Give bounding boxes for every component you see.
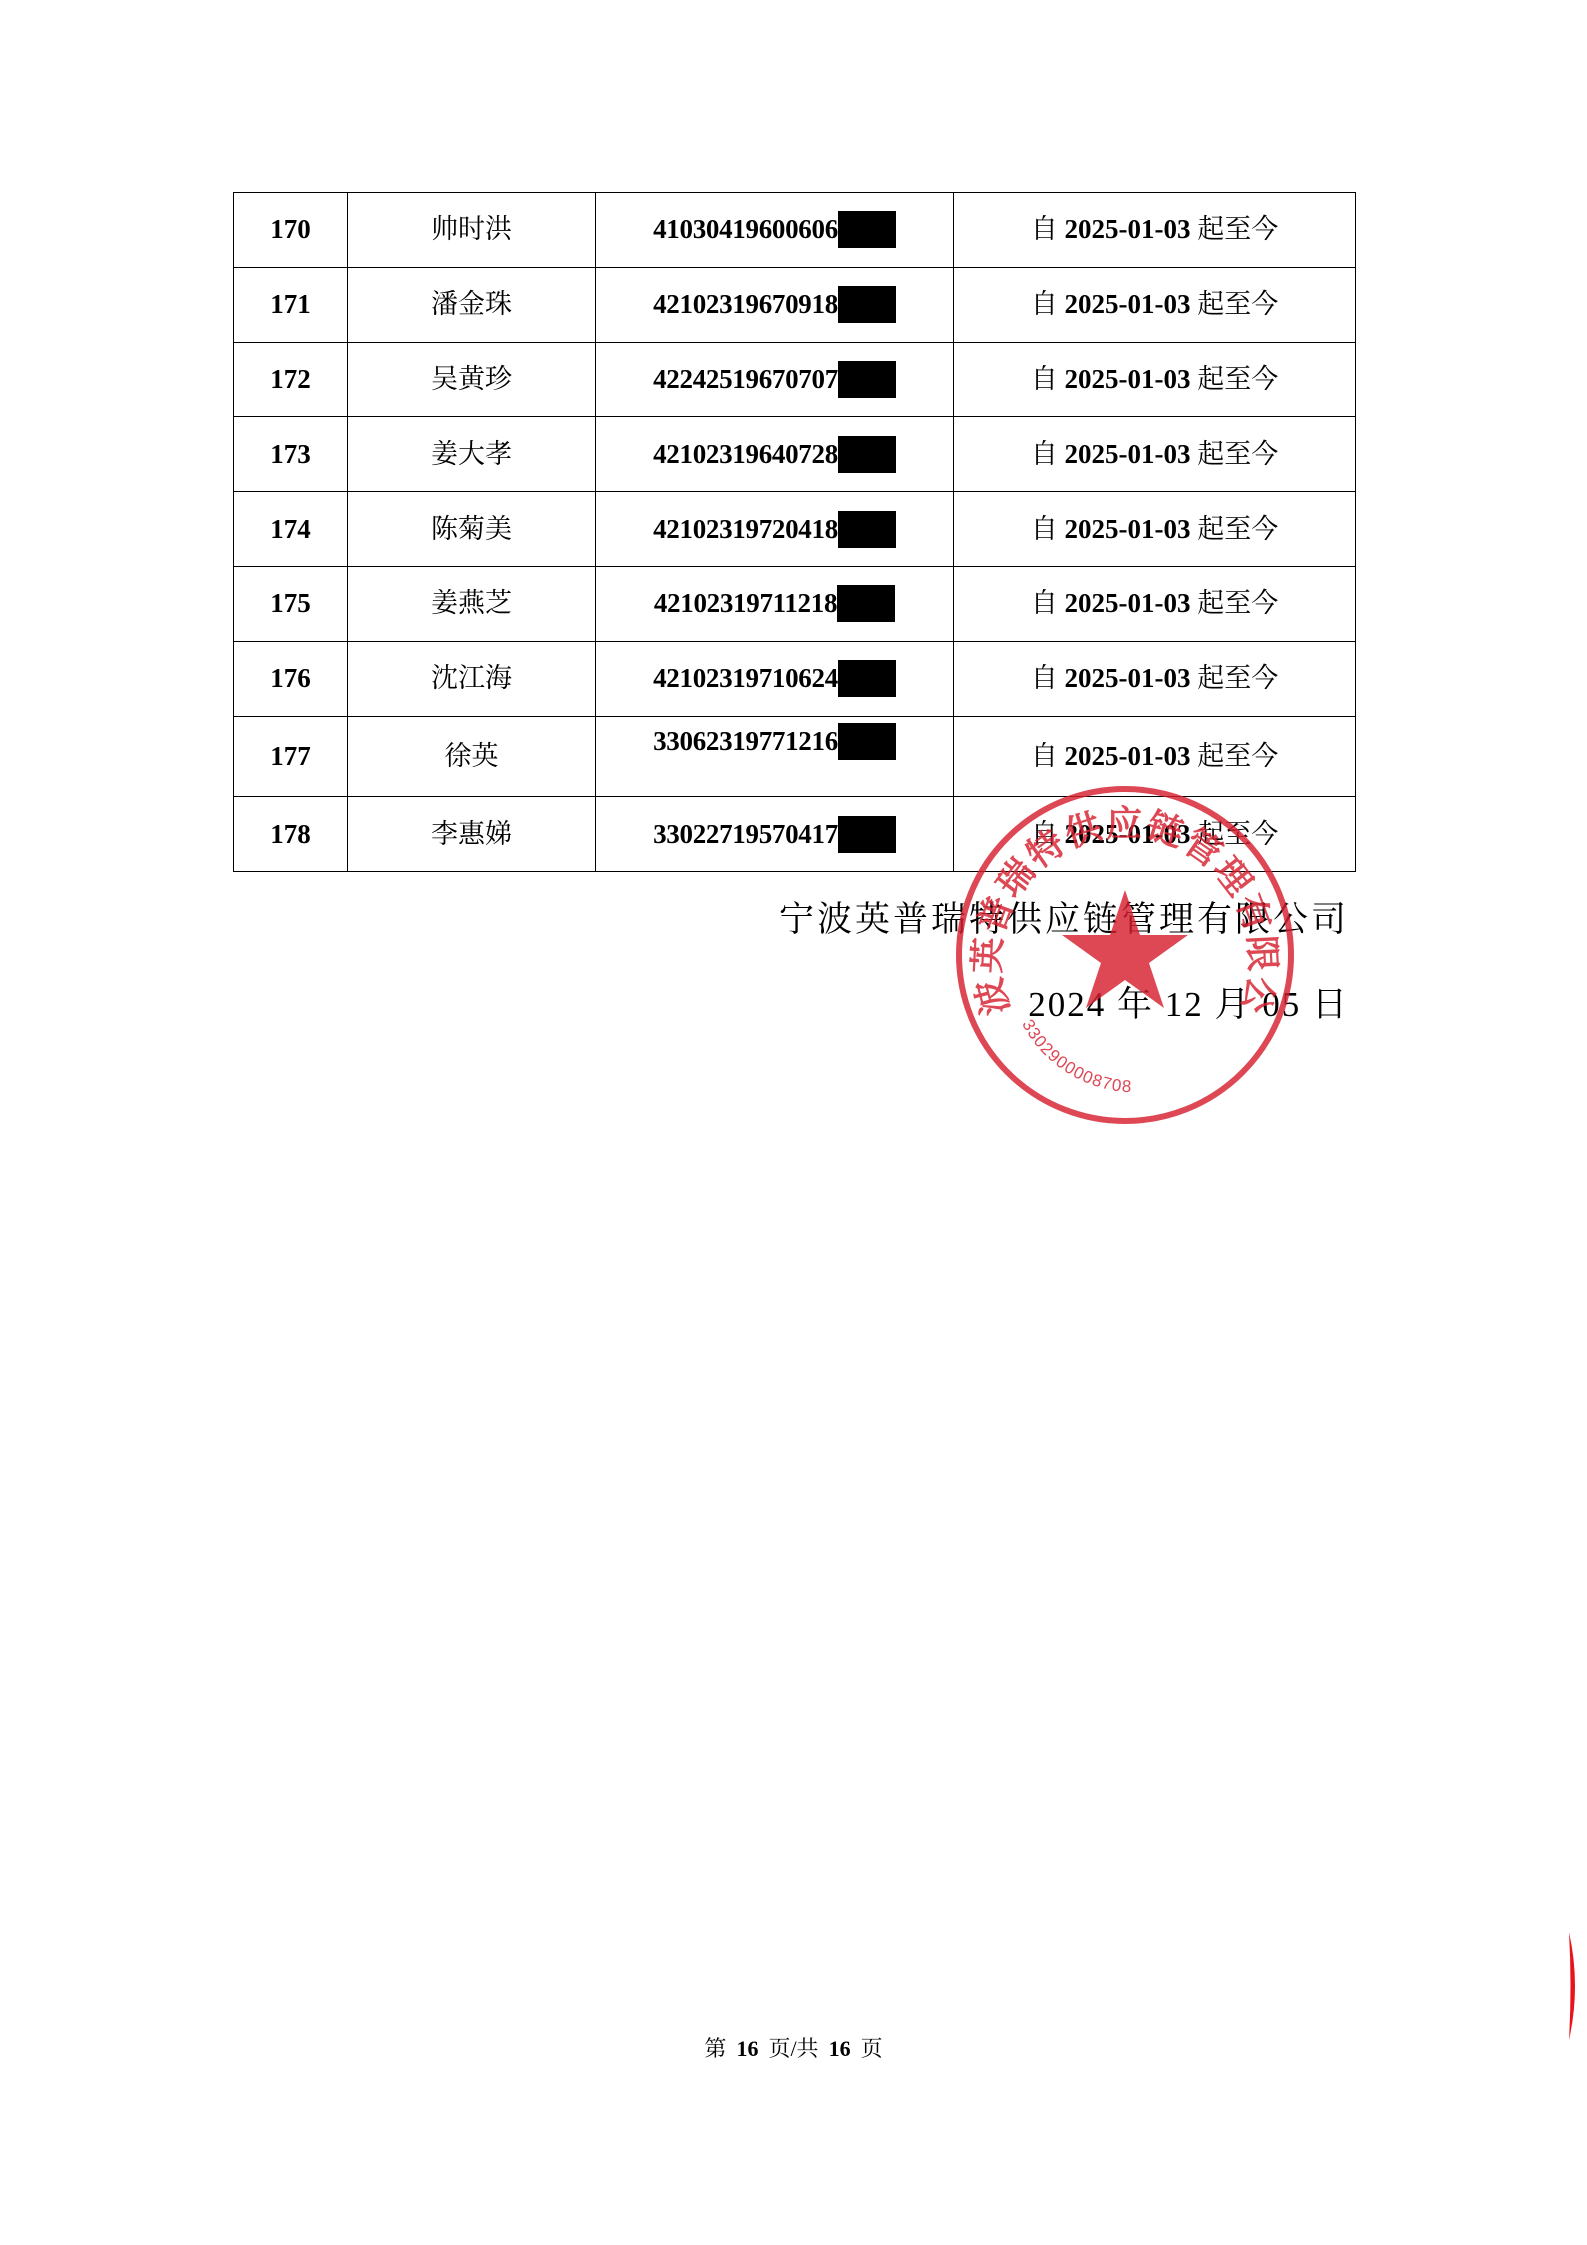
employee-name: 徐英	[348, 716, 596, 797]
page-footer: 第16页/共16页	[0, 2032, 1587, 2063]
id-number: 42102319720418	[653, 511, 896, 548]
period-suffix: 起至今	[1197, 514, 1278, 544]
redaction-box	[838, 211, 896, 248]
employee-name: 陈菊美	[348, 492, 596, 567]
redaction-box	[838, 723, 896, 760]
employee-name: 吴黄珍	[348, 342, 596, 417]
id-number-cell: 42102319640728	[596, 417, 954, 492]
signature-date: 2024 年 12 月 05 日	[1028, 977, 1349, 1027]
employment-period: 自 2025-01-03 起至今	[954, 566, 1356, 641]
id-number-visible: 42102319710624	[653, 665, 838, 692]
seal-edge-mark-icon	[1567, 1932, 1579, 2040]
period-prefix: 自	[1031, 741, 1058, 771]
id-number: 42242519670707	[653, 361, 896, 398]
employment-period: 自 2025-01-03 起至今	[954, 193, 1356, 268]
redaction-box	[838, 660, 896, 697]
row-number: 170	[234, 193, 348, 268]
row-number: 175	[234, 566, 348, 641]
row-number: 176	[234, 641, 348, 716]
table-row: 173姜大孝42102319640728自 2025-01-03 起至今	[234, 417, 1356, 492]
id-number-visible: 42242519670707	[653, 366, 838, 393]
table-row: 170帅时洪41030419600606自 2025-01-03 起至今	[234, 193, 1356, 268]
footer-middle: 页/共	[768, 2036, 818, 2061]
id-number-visible: 41030419600606	[653, 216, 838, 243]
table-row: 175姜燕芝42102319711218自 2025-01-03 起至今	[234, 566, 1356, 641]
id-number: 42102319670918	[653, 286, 896, 323]
period-suffix: 起至今	[1197, 663, 1278, 693]
footer-total-pages: 16	[829, 2036, 851, 2061]
id-number: 33062319771216	[653, 723, 896, 760]
footer-current-page: 16	[736, 2036, 758, 2061]
row-number: 171	[234, 267, 348, 342]
table-row: 177徐英33062319771216自 2025-01-03 起至今	[234, 716, 1356, 797]
redaction-box	[838, 816, 896, 853]
table-row: 174陈菊美42102319720418自 2025-01-03 起至今	[234, 492, 1356, 567]
id-number-cell: 42102319711218	[596, 566, 954, 641]
employment-period: 自 2025-01-03 起至今	[954, 267, 1356, 342]
period-date: 2025-01-03	[1065, 439, 1191, 469]
row-number: 174	[234, 492, 348, 567]
period-prefix: 自	[1031, 663, 1058, 693]
period-suffix: 起至今	[1197, 439, 1278, 469]
period-prefix: 自	[1031, 819, 1058, 849]
signature-company: 宁波英普瑞特供应链管理有限公司	[779, 892, 1349, 942]
id-number-visible: 33062319771216	[653, 728, 838, 755]
id-number-cell: 42102319720418	[596, 492, 954, 567]
period-prefix: 自	[1031, 289, 1058, 319]
employee-table: 170帅时洪41030419600606自 2025-01-03 起至今171潘…	[233, 192, 1356, 872]
period-prefix: 自	[1031, 214, 1058, 244]
employment-period: 自 2025-01-03 起至今	[954, 342, 1356, 417]
period-prefix: 自	[1031, 364, 1058, 394]
period-date: 2025-01-03	[1065, 588, 1191, 618]
redaction-box	[838, 286, 896, 323]
row-number: 173	[234, 417, 348, 492]
period-prefix: 自	[1031, 439, 1058, 469]
period-suffix: 起至今	[1197, 588, 1278, 618]
period-date: 2025-01-03	[1065, 214, 1191, 244]
employee-name: 帅时洪	[348, 193, 596, 268]
svg-text:3302900008708: 3302900008708	[1018, 1016, 1133, 1096]
period-prefix: 自	[1031, 514, 1058, 544]
employment-period: 自 2025-01-03 起至今	[954, 641, 1356, 716]
period-date: 2025-01-03	[1065, 819, 1191, 849]
period-date: 2025-01-03	[1065, 289, 1191, 319]
id-number: 33022719570417	[653, 816, 896, 853]
id-number-cell: 41030419600606	[596, 193, 954, 268]
id-number-cell: 42102319670918	[596, 267, 954, 342]
table-row: 172吴黄珍42242519670707自 2025-01-03 起至今	[234, 342, 1356, 417]
period-date: 2025-01-03	[1065, 663, 1191, 693]
employee-table-body: 170帅时洪41030419600606自 2025-01-03 起至今171潘…	[234, 193, 1356, 872]
id-number: 42102319640728	[653, 436, 896, 473]
id-number-cell: 42102319710624	[596, 641, 954, 716]
id-number-visible: 33022719570417	[653, 821, 838, 848]
row-number: 172	[234, 342, 348, 417]
id-number-visible: 42102319720418	[653, 516, 838, 543]
table-row: 171潘金珠42102319670918自 2025-01-03 起至今	[234, 267, 1356, 342]
id-number-cell: 33062319771216	[596, 716, 954, 797]
period-suffix: 起至今	[1197, 214, 1278, 244]
period-date: 2025-01-03	[1065, 514, 1191, 544]
redaction-box	[837, 585, 895, 622]
id-number-visible: 42102319711218	[654, 590, 837, 617]
id-number-cell: 42242519670707	[596, 342, 954, 417]
period-suffix: 起至今	[1197, 364, 1278, 394]
employee-name: 李惠娣	[348, 797, 596, 872]
id-number-cell: 33022719570417	[596, 797, 954, 872]
employee-name: 潘金珠	[348, 267, 596, 342]
id-number: 42102319711218	[654, 585, 895, 622]
period-date: 2025-01-03	[1065, 741, 1191, 771]
employment-period: 自 2025-01-03 起至今	[954, 417, 1356, 492]
period-date: 2025-01-03	[1065, 364, 1191, 394]
period-suffix: 起至今	[1197, 289, 1278, 319]
employee-name: 沈江海	[348, 641, 596, 716]
table-row: 178李惠娣33022719570417自 2025-01-03 起至今	[234, 797, 1356, 872]
period-prefix: 自	[1031, 588, 1058, 618]
redaction-box	[838, 361, 896, 398]
redaction-box	[838, 511, 896, 548]
id-number-visible: 42102319670918	[653, 291, 838, 318]
row-number: 178	[234, 797, 348, 872]
footer-prefix: 第	[704, 2036, 726, 2061]
row-number: 177	[234, 716, 348, 797]
employment-period: 自 2025-01-03 起至今	[954, 492, 1356, 567]
seal-registration-number: 3302900008708	[1018, 1016, 1133, 1096]
id-number: 42102319710624	[653, 660, 896, 697]
period-suffix: 起至今	[1197, 819, 1278, 849]
footer-suffix: 页	[861, 2036, 883, 2061]
redaction-box	[838, 436, 896, 473]
table-row: 176沈江海42102319710624自 2025-01-03 起至今	[234, 641, 1356, 716]
employee-name: 姜燕芝	[348, 566, 596, 641]
employment-period: 自 2025-01-03 起至今	[954, 716, 1356, 797]
employee-name: 姜大孝	[348, 417, 596, 492]
employment-period: 自 2025-01-03 起至今	[954, 797, 1356, 872]
id-number-visible: 42102319640728	[653, 441, 838, 468]
document-page: 170帅时洪41030419600606自 2025-01-03 起至今171潘…	[0, 0, 1587, 2245]
period-suffix: 起至今	[1197, 741, 1278, 771]
id-number: 41030419600606	[653, 211, 896, 248]
